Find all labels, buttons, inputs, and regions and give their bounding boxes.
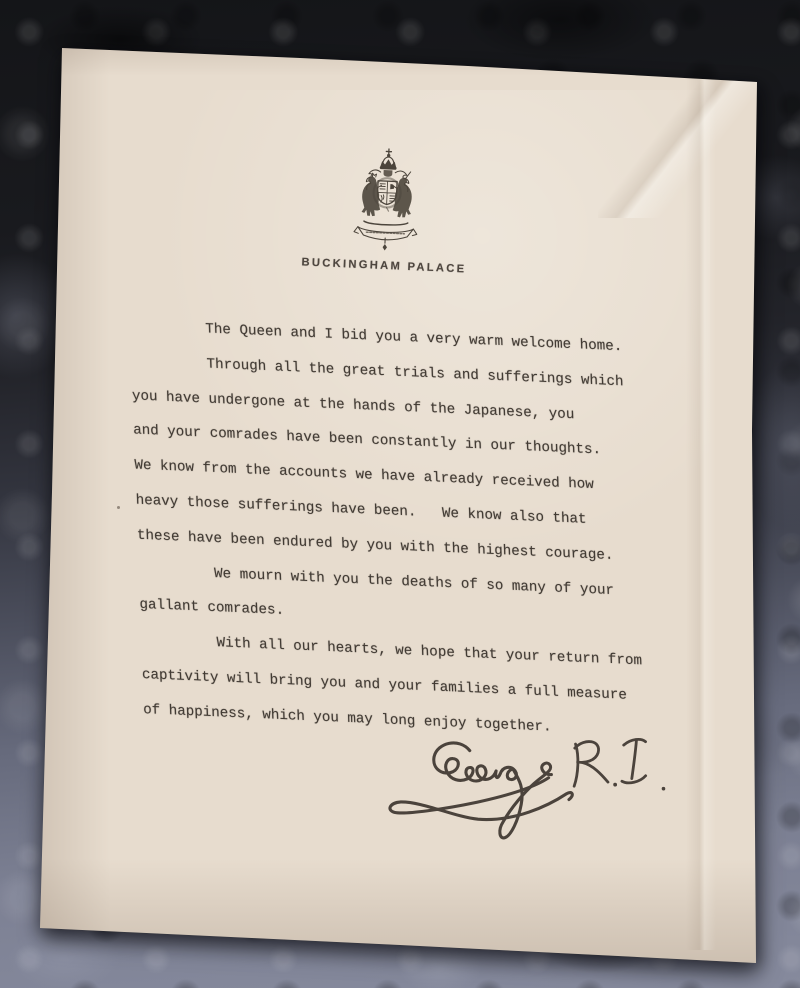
royal-coat-of-arms-icon xyxy=(341,144,433,254)
letterhead-address: BUCKINGHAM PALACE xyxy=(301,256,466,275)
signature-autograph xyxy=(379,720,686,868)
photo-of-letter: BUCKINGHAM PALACE The Queen and I bid yo… xyxy=(0,0,800,988)
letter-sheet-wrap: BUCKINGHAM PALACE The Queen and I bid yo… xyxy=(0,0,800,988)
letter-body: The Queen and I bid you a very warm welc… xyxy=(129,309,673,750)
letter-content: BUCKINGHAM PALACE The Queen and I bid yo… xyxy=(24,48,756,959)
